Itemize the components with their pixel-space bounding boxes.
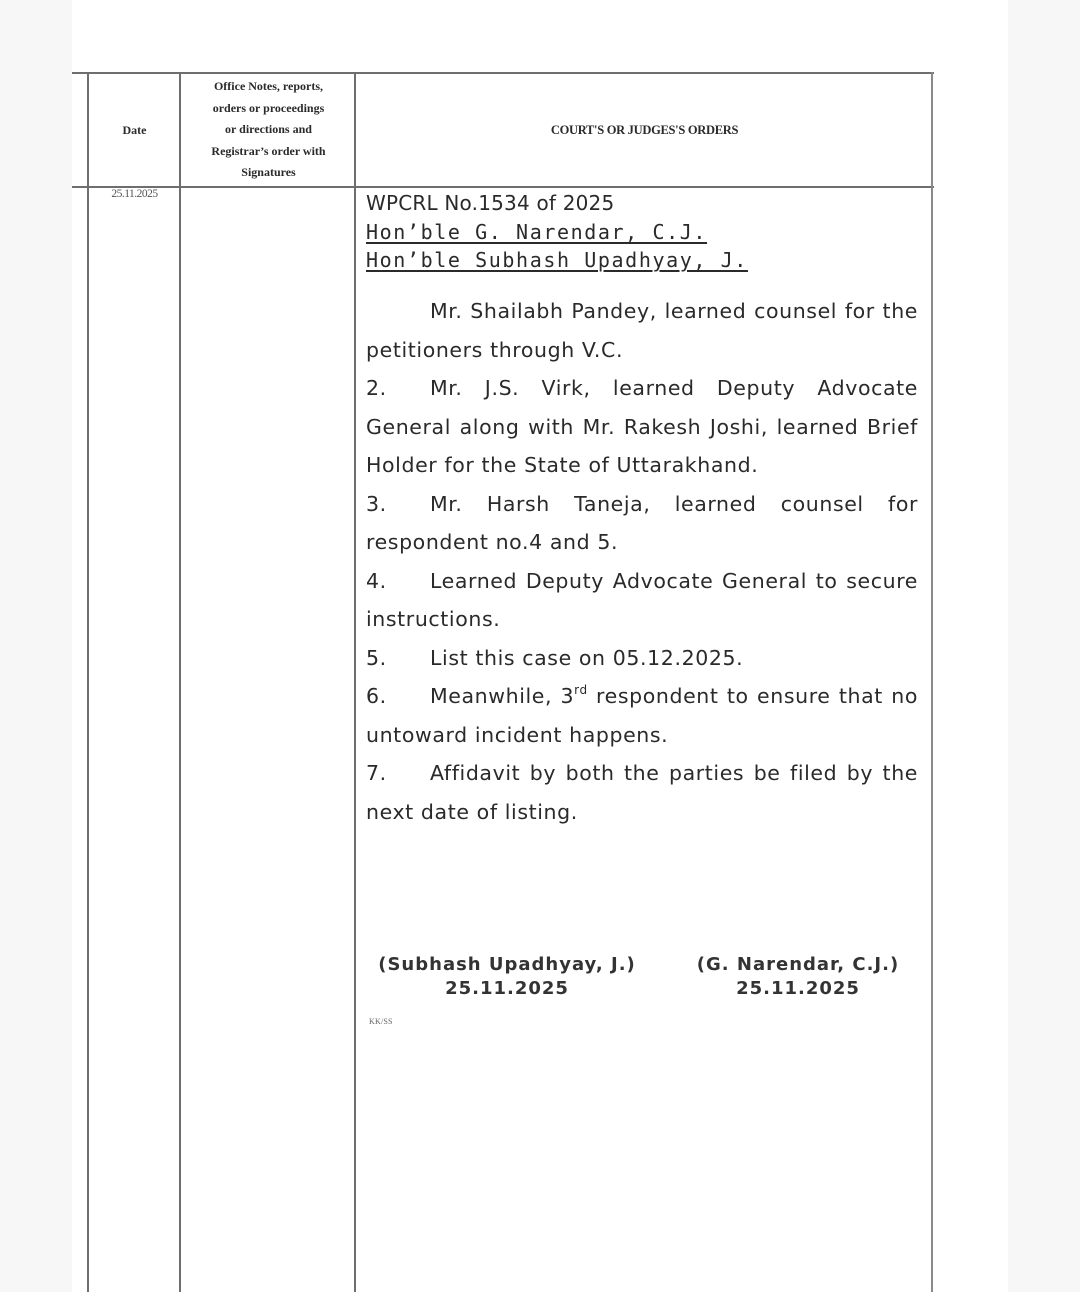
signature-block-judge: (Subhash Upadhyay, J.) 25.11.2025 <box>368 953 646 1001</box>
order-paragraph-3: 3.Mr. Harsh Taneja, learned counsel for … <box>366 485 918 562</box>
bench-judge-2: Hon’ble Subhash Upadhyay, J. <box>366 246 918 274</box>
order-paragraph-6: 6.Meanwhile, 3rd respondent to ensure th… <box>366 677 918 754</box>
column-divider-date <box>179 72 181 1292</box>
paragraph-text: Meanwhile, 3 <box>430 684 574 708</box>
header-notes-line: orders or proceedings <box>211 98 325 120</box>
header-notes-line: Office Notes, reports, <box>211 76 325 98</box>
signature-name: (Subhash Upadhyay, J.) <box>368 953 646 977</box>
order-date: 25.11.2025 <box>89 188 180 200</box>
header-notes-line: Signatures <box>211 162 325 184</box>
paragraph-text: Affidavit by both the parties be filed b… <box>366 761 918 824</box>
ordinal-suffix: rd <box>574 683 588 697</box>
signature-date: 25.11.2025 <box>688 977 908 1001</box>
header-orders: COURT'S OR JUDGES'S ORDERS <box>357 74 932 186</box>
paragraph-text: Learned Deputy Advocate General to secur… <box>366 569 918 632</box>
header-office-notes: Office Notes, reports, orders or proceed… <box>182 74 355 186</box>
order-paragraph-2: 2.Mr. J.S. Virk, learned Deputy Advocate… <box>366 369 918 485</box>
paragraph-number: 6. <box>366 677 430 716</box>
column-divider-notes <box>354 72 356 1292</box>
order-paragraph-4: 4.Learned Deputy Advocate General to sec… <box>366 562 918 639</box>
column-divider-left <box>87 72 89 1292</box>
header-notes-line: or directions and <box>211 119 325 141</box>
paragraph-number: 5. <box>366 639 430 678</box>
paragraph-number: 3. <box>366 485 430 524</box>
column-divider-right <box>931 72 933 1292</box>
signature-block-chief-justice: (G. Narendar, C.J.) 25.11.2025 <box>688 953 908 1001</box>
paragraph-text: List this case on 05.12.2025. <box>430 646 743 670</box>
signature-date: 25.11.2025 <box>368 977 646 1001</box>
paragraph-text: Mr. J.S. Virk, learned Deputy Advocate G… <box>366 376 918 477</box>
order-paragraph-5: 5.List this case on 05.12.2025. <box>366 639 918 678</box>
order-paragraph-1: Mr. Shailabh Pandey, learned counsel for… <box>366 292 918 369</box>
order-body: WPCRL No.1534 of 2025 Hon’ble G. Narenda… <box>366 186 918 831</box>
bench-judge-1: Hon’ble G. Narendar, C.J. <box>366 218 918 246</box>
typist-initials: KK/SS <box>369 1017 393 1026</box>
signature-name: (G. Narendar, C.J.) <box>688 953 908 977</box>
header-notes-line: Registrar’s order with <box>211 141 325 163</box>
case-number: WPCRL No.1534 of 2025 <box>366 188 918 218</box>
order-paragraph-7: 7.Affidavit by both the parties be filed… <box>366 754 918 831</box>
paragraph-number: 4. <box>366 562 430 601</box>
paragraph-number: 7. <box>366 754 430 793</box>
paragraph-text: Mr. Harsh Taneja, learned counsel for re… <box>366 492 918 555</box>
header-date: Date <box>89 74 180 186</box>
paragraph-number: 2. <box>366 369 430 408</box>
